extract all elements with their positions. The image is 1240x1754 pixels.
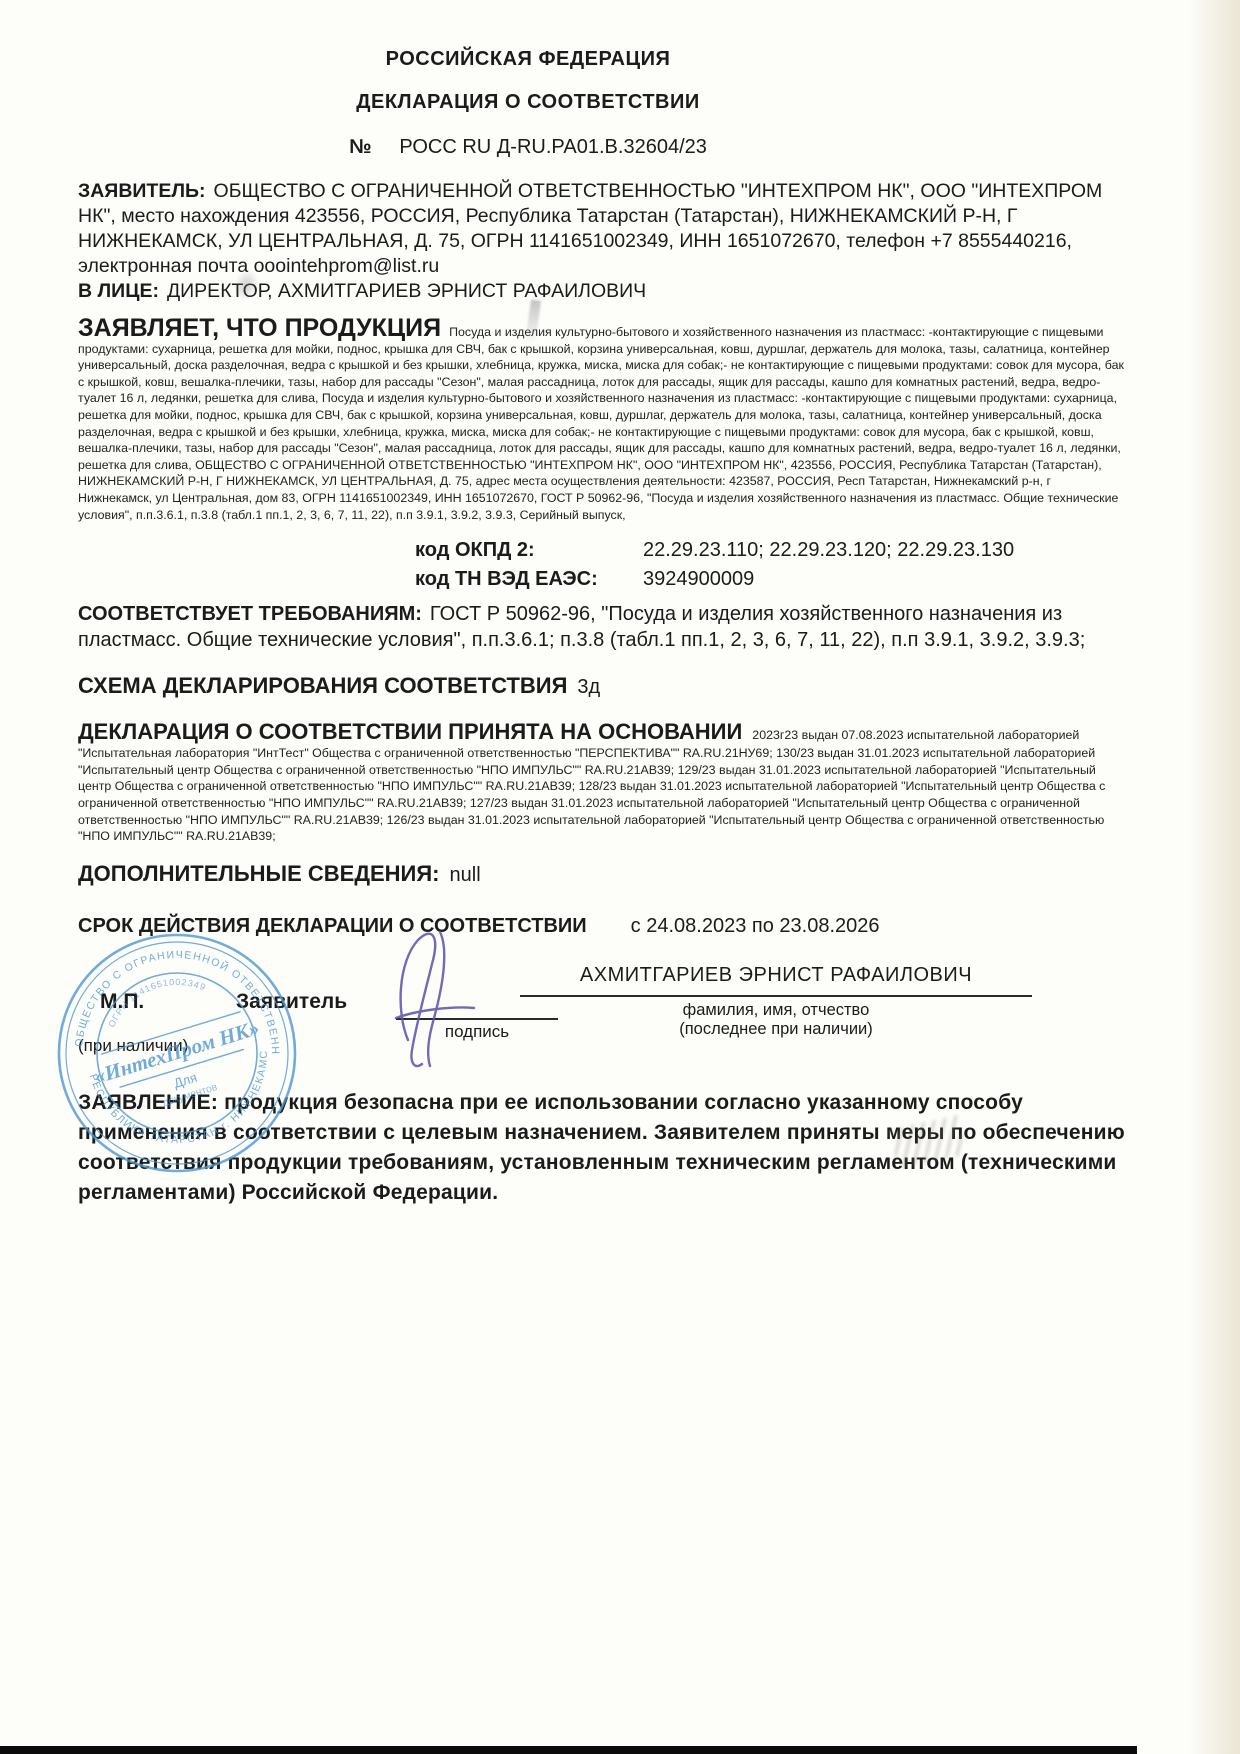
signature-block: М.П. (при наличии) Заявитель подпись АХМ… [78, 958, 1126, 1086]
if-available-caption: (при наличии) [78, 1036, 188, 1056]
statement-text: продукция безопасна при ее использовании… [78, 1091, 1125, 1204]
person-label: В ЛИЦЕ: [78, 280, 159, 302]
basis-label: ДЕКЛАРАЦИЯ О СООТВЕТСТВИИ ПРИНЯТА НА ОСН… [78, 719, 742, 744]
applicant-paragraph: ЗАЯВИТЕЛЬ:ОБЩЕСТВО С ОГРАНИЧЕННОЙ ОТВЕТС… [78, 179, 1126, 279]
statement-paragraph: ЗАЯВЛЕНИЕ: продукция безопасна при ее ис… [78, 1088, 1126, 1208]
validity-label: СРОК ДЕЙСТВИЯ ДЕКЛАРАЦИИ О СООТВЕТСТВИИ [78, 915, 587, 937]
basis-text: 2023г23 выдан 07.08.2023 испытательной л… [78, 728, 1105, 843]
country-title: РОССИЙСКАЯ ФЕДЕРАЦИЯ [78, 48, 978, 71]
applicant-text: ОБЩЕСТВО С ОГРАНИЧЕННОЙ ОТВЕТСТВЕННОСТЬЮ… [78, 180, 1102, 277]
document-content: РОССИЙСКАЯ ФЕДЕРАЦИЯ ДЕКЛАРАЦИЯ О СООТВЕ… [78, 48, 1126, 1229]
conformity-paragraph: СООТВЕТСТВУЕТ ТРЕБОВАНИЯМ:ГОСТ Р 50962-9… [78, 601, 1126, 653]
validity-value: с 24.08.2023 по 23.08.2026 [631, 915, 880, 937]
additional-line: ДОПОЛНИТЕЛЬНЫЕ СВЕДЕНИЯ:null [78, 861, 1126, 887]
product-paragraph: ЗАЯВЛЯЕТ, ЧТО ПРОДУКЦИЯПосуда и изделия … [78, 316, 1126, 523]
declaration-number: РОСС RU Д-RU.РА01.В.32604/23 [399, 136, 706, 158]
mp-label: М.П. [100, 990, 144, 1014]
scan-bottom-black-bar [0, 1746, 1137, 1754]
scheme-label: СХЕМА ДЕКЛАРИРОВАНИЯ СООТВЕТСТВИЯ [78, 673, 567, 698]
tnved-value: 3924900009 [643, 568, 754, 591]
number-sign: № [349, 136, 371, 158]
name-block: АХМИТГАРИЕВ ЭРНИСТ РАФАИЛОВИЧ фамилия, и… [520, 958, 1032, 1039]
scan-edge-shadow [1188, 0, 1240, 1754]
tnved-label: код ТН ВЭД ЕАЭС: [415, 568, 643, 591]
okpd-value: 22.29.23.110; 22.29.23.120; 22.29.23.130 [643, 539, 1014, 562]
product-text: Посуда и изделия культурно-бытового и хо… [78, 325, 1124, 522]
applicant-label: ЗАЯВИТЕЛЬ: [78, 180, 206, 202]
validity-line: СРОК ДЕЙСТВИЯ ДЕКЛАРАЦИИ О СООТВЕТСТВИИс… [78, 915, 1126, 938]
director-name: АХМИТГАРИЕВ ЭРНИСТ РАФАИЛОВИЧ [520, 958, 1032, 997]
applicant-role-label: Заявитель [236, 990, 347, 1014]
declaration-document-page: РОССИЙСКАЯ ФЕДЕРАЦИЯ ДЕКЛАРАЦИЯ О СООТВЕ… [0, 0, 1240, 1754]
declaration-number-line: №РОСС RU Д-RU.РА01.В.32604/23 [78, 136, 978, 159]
okpd-label: код ОКПД 2: [415, 539, 643, 562]
additional-value: null [450, 864, 481, 886]
scheme-value: 3д [577, 676, 600, 698]
okpd-row: код ОКПД 2: 22.29.23.110; 22.29.23.120; … [415, 539, 1126, 562]
tnved-row: код ТН ВЭД ЕАЭС: 3924900009 [415, 568, 1126, 591]
name-caption-2: (последнее при наличии) [520, 1020, 1032, 1039]
scheme-line: СХЕМА ДЕКЛАРИРОВАНИЯ СООТВЕТСТВИЯ3д [78, 673, 1126, 699]
document-title: ДЕКЛАРАЦИЯ О СООТВЕТСТВИИ [78, 91, 978, 114]
product-label: ЗАЯВЛЯЕТ, ЧТО ПРОДУКЦИЯ [78, 314, 441, 342]
conformity-label: СООТВЕТСТВУЕТ ТРЕБОВАНИЯМ: [78, 603, 422, 625]
basis-paragraph: ДЕКЛАРАЦИЯ О СООТВЕТСТВИИ ПРИНЯТА НА ОСН… [78, 719, 1126, 845]
codes-block: код ОКПД 2: 22.29.23.110; 22.29.23.120; … [415, 539, 1126, 591]
additional-label: ДОПОЛНИТЕЛЬНЫЕ СВЕДЕНИЯ: [78, 861, 440, 886]
statement-label: ЗАЯВЛЕНИЕ: [78, 1091, 218, 1114]
name-caption-1: фамилия, имя, отчество [520, 1001, 1032, 1020]
